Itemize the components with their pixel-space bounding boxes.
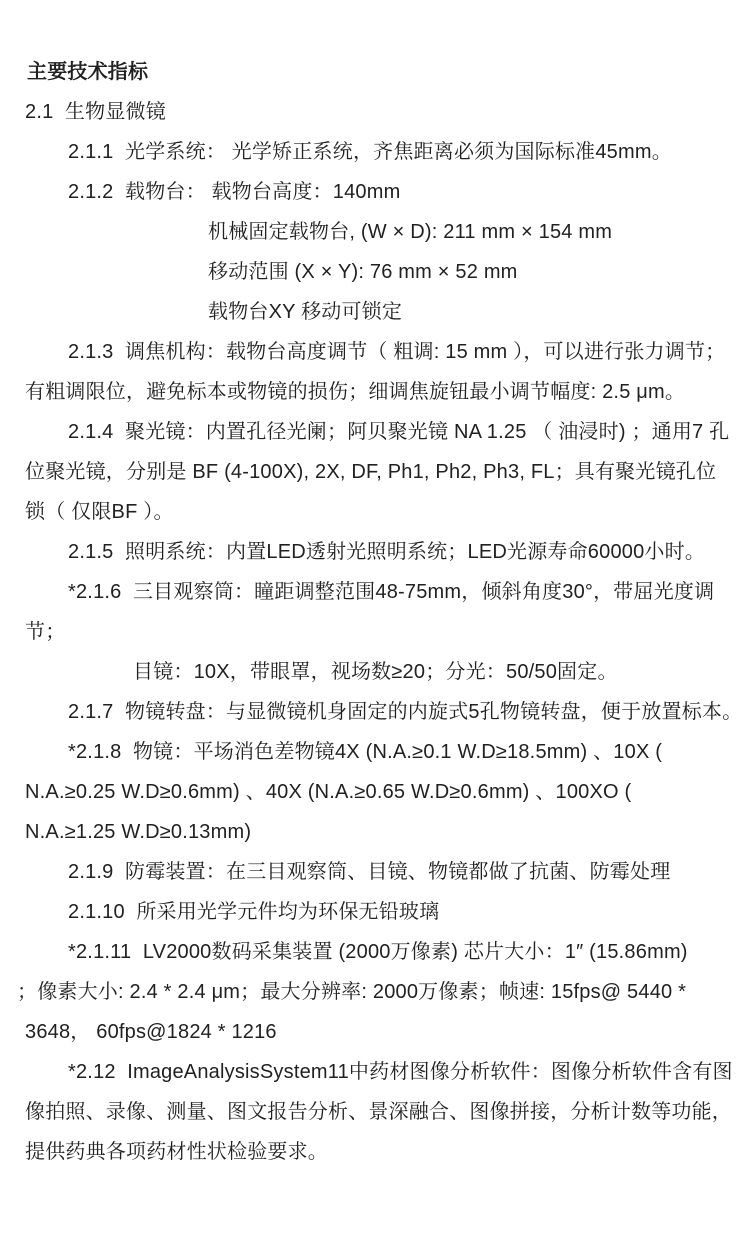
section-heading-2-1: 2.1 生物显微镜 bbox=[25, 92, 750, 132]
spec-document: 主要技术指标 2.1 生物显微镜 2.1.1 光学系统： 光学矫正系统，齐焦距离… bbox=[0, 0, 750, 1250]
spec-item-2-1-8-cont-2: N.A.≥1.25 W.D≥0.13mm) bbox=[25, 812, 750, 852]
spec-item-2-1-9: 2.1.9 防霉装置：在三目观察筒、目镜、物镜都做了抗菌、防霉处理 bbox=[68, 852, 750, 892]
spec-item-2-1-8-cont-1: N.A.≥0.25 W.D≥0.6mm) 、40X (N.A.≥0.65 W.D… bbox=[25, 772, 750, 812]
spec-item-2-1-2-cont-2: 移动范围 (X × Y): 76 mm × 52 mm bbox=[208, 252, 750, 292]
spec-item-2-1-3: 2.1.3 调焦机构：载物台高度调节（ 粗调: 15 mm ），可以进行张力调节… bbox=[68, 332, 750, 372]
spec-item-2-1-11: *2.1.11 LV2000数码采集装置 (2000万像素) 芯片大小：1″ (… bbox=[68, 932, 750, 972]
spec-item-2-12-cont-1: 像拍照、录像、测量、图文报告分析、景深融合、图像拼接，分析计数等功能， bbox=[25, 1092, 750, 1132]
spec-item-2-1-2-cont-3: 载物台XY 移动可锁定 bbox=[208, 292, 750, 332]
spec-item-2-1-4-cont-2: 锁（ 仅限BF ）。 bbox=[25, 492, 750, 532]
spec-item-2-1-3-cont-1: 有粗调限位，避免标本或物镜的损伤；细调焦旋钮最小调节幅度: 2.5 μm。 bbox=[25, 372, 750, 412]
spec-item-2-12: *2.12 ImageAnalysisSystem11中药材图像分析软件：图像分… bbox=[68, 1052, 750, 1092]
spec-item-2-1-11-cont-2: 3648， 60fps@1824 * 1216 bbox=[25, 1012, 750, 1052]
spec-item-2-1-6-cont-2: 目镜：10X，带眼罩，视场数≥20；分光：50/50固定。 bbox=[133, 652, 750, 692]
spec-item-2-1-1: 2.1.1 光学系统： 光学矫正系统，齐焦距离必须为国际标准45mm。 bbox=[68, 132, 750, 172]
spec-item-2-1-11-cont-1: ；像素大小: 2.4 * 2.4 μm；最大分辨率: 2000万像素；帧速: 1… bbox=[17, 972, 750, 1012]
spec-item-2-1-4-cont-1: 位聚光镜，分别是 BF (4-100X), 2X, DF, Ph1, Ph2, … bbox=[25, 452, 750, 492]
spec-item-2-1-10: 2.1.10 所采用光学元件均为环保无铅玻璃 bbox=[68, 892, 750, 932]
page-title: 主要技术指标 bbox=[27, 52, 750, 92]
spec-item-2-1-6-cont-1: 节； bbox=[25, 612, 750, 652]
spec-item-2-1-5: 2.1.5 照明系统：内置LED透射光照明系统；LED光源寿命60000小时。 bbox=[68, 532, 750, 572]
spec-item-2-1-4: 2.1.4 聚光镜：内置孔径光阑；阿贝聚光镜 NA 1.25 （ 油浸时) ；通… bbox=[68, 412, 750, 452]
spec-item-2-1-2: 2.1.2 载物台： 载物台高度：140mm bbox=[68, 172, 750, 212]
spec-item-2-1-7: 2.1.7 物镜转盘：与显微镜机身固定的内旋式5孔物镜转盘，便于放置标本。 bbox=[68, 692, 750, 732]
spec-item-2-1-6: *2.1.6 三目观察筒：瞳距调整范围48-75mm，倾斜角度30°，带屈光度调 bbox=[68, 572, 750, 612]
spec-item-2-12-cont-2: 提供药典各项药材性状检验要求。 bbox=[25, 1132, 750, 1172]
spec-item-2-1-8: *2.1.8 物镜：平场消色差物镜4X (N.A.≥0.1 W.D≥18.5mm… bbox=[68, 732, 750, 772]
spec-item-2-1-2-cont-1: 机械固定载物台, (W × D): 211 mm × 154 mm bbox=[208, 212, 750, 252]
